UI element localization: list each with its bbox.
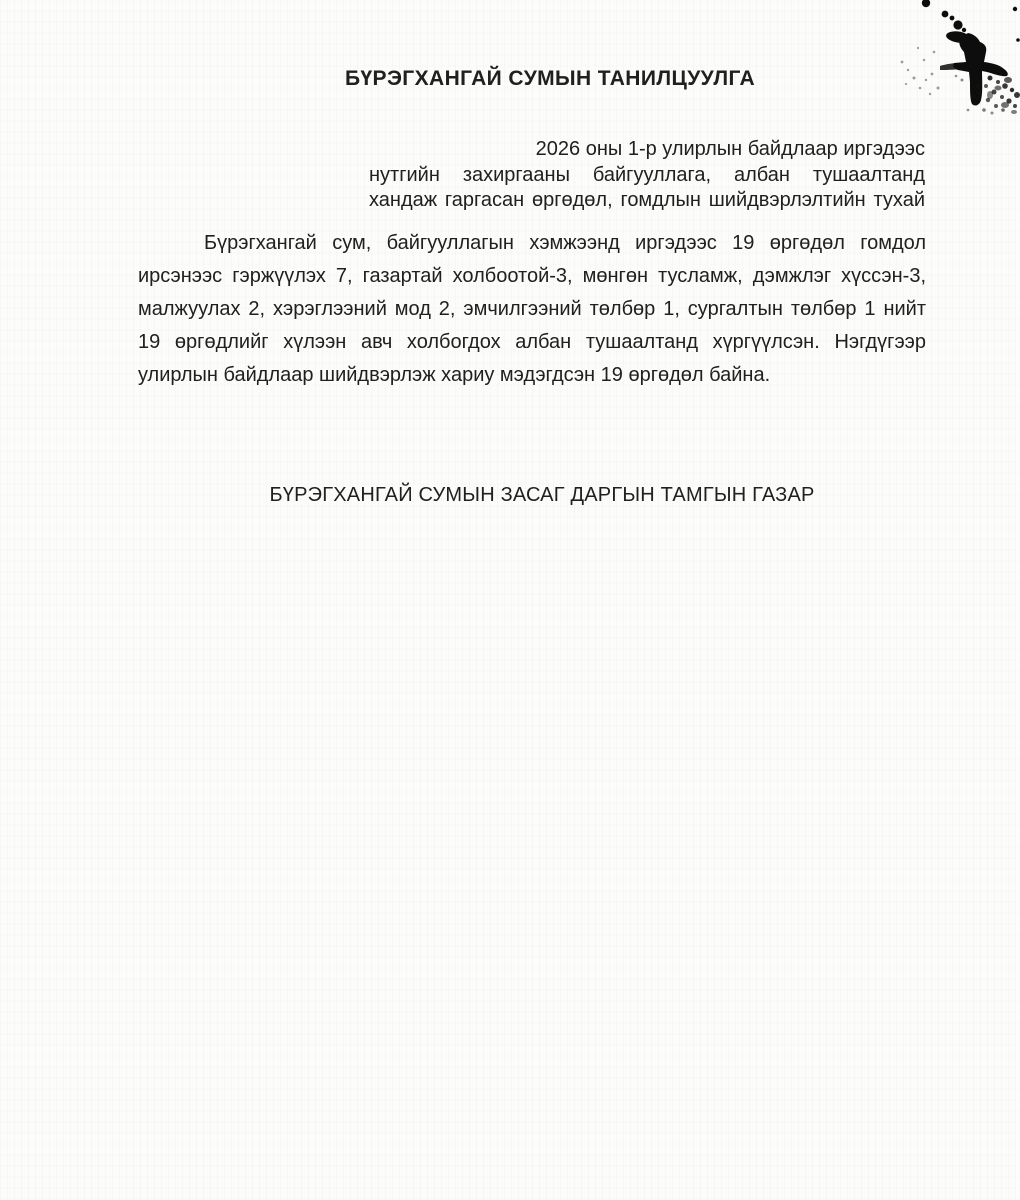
body-line: Бүрэгхангай сум, байгууллагын хэмжээнд и… bbox=[138, 227, 926, 260]
scanned-document-page: БҮРЭГХАНГАЙ СУМЫН ТАНИЛЦУУЛГА 2026 оны 1… bbox=[0, 0, 1020, 1200]
subject-line: 2026 оны 1-р улирлын байдлаар иргэдээс bbox=[369, 137, 925, 163]
body-line: ирсэнээс гэржүүлэх 7, газартай холбоотой… bbox=[138, 260, 926, 293]
subject-line: хандаж гаргасан өргөдөл, гомдлын шийдвэр… bbox=[369, 188, 925, 214]
signature-line: БҮРЭГХАНГАЙ СУМЫН ЗАСАГ ДАРГЫН ТАМГЫН ГА… bbox=[32, 481, 1020, 509]
body-paragraph: Бүрэгхангай сум, байгууллагын хэмжээнд и… bbox=[138, 227, 926, 392]
body-line: малжуулах 2, хэрэглээний мод 2, эмчилгээ… bbox=[138, 293, 926, 326]
subject-line: нутгийн захиргааны байгууллага, албан ту… bbox=[369, 163, 925, 189]
body-line: улирлын байдлаар шийдвэрлэж хариу мэдэгд… bbox=[138, 359, 926, 392]
body-line: 19 өргөдлийг хүлээн авч холбогдох албан … bbox=[138, 326, 926, 359]
document-title: БҮРЭГХАНГАЙ СУМЫН ТАНИЛЦУУЛГА bbox=[40, 64, 1020, 94]
subject-block: 2026 оны 1-р улирлын байдлаар иргэдээс н… bbox=[369, 137, 925, 214]
